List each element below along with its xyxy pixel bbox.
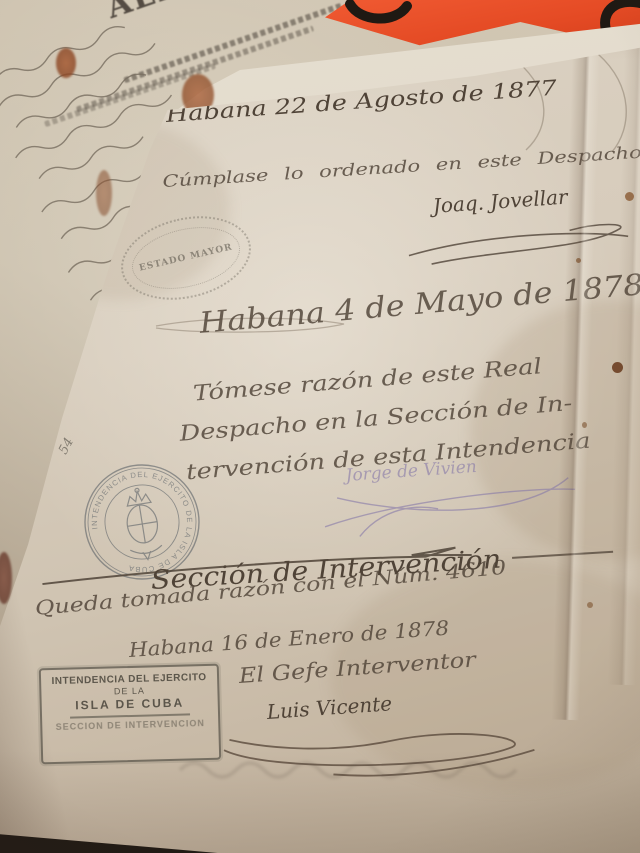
black-lettering-on-folder [325,0,640,60]
entry2-date-line: Habana 4 de Mayo de 1878 [198,267,640,340]
document-page: Habana 22 de Agosto de 1877 Cúmplase lo … [0,0,640,853]
rect-stamp-intendencia: INTENDENCIA DEL EJERCITO DE LA ISLA DE C… [39,664,221,765]
entry3-signature-rubric [211,705,549,786]
foxing-spot [625,192,634,201]
entry3-signature: Luis Vicente [266,691,393,724]
rect-stamp-line4: SECCION DE INTERVENCION [44,718,216,732]
photo-of-document: ALFONSO X [0,0,640,853]
entry1-order-line: Cúmplase lo ordenado en este Despacho [162,143,640,191]
oval-stamp-text: ESTADO MAYOR [115,207,257,310]
fold-crease [608,45,640,686]
margin-number: 54 [56,435,77,457]
rect-stamp-rule [70,713,190,718]
rust-stain [96,170,112,216]
ghost-writing [172,748,567,786]
heading-trailing-dash [512,551,613,559]
entry3-role-line: El Gefe Interventor [238,647,477,688]
foxing-spot [612,362,623,373]
wax-stain [56,48,76,78]
foxing-spot [300,90,306,95]
foxing-spot [587,602,593,608]
entry1-date-line: Habana 22 de Agosto de 1877 [165,76,558,127]
coat-of-arms-icon [121,486,164,562]
orange-folder-cover [325,0,640,58]
entry1-signature: Joaq. Jovellar [432,185,568,218]
edge-shadow-blob [0,552,12,604]
foxing-spot [576,258,581,263]
printed-headline: ALFONSO X [102,0,327,26]
printed-text-row [123,3,342,84]
oval-stamp-estado-mayor: ESTADO MAYOR [113,204,260,312]
